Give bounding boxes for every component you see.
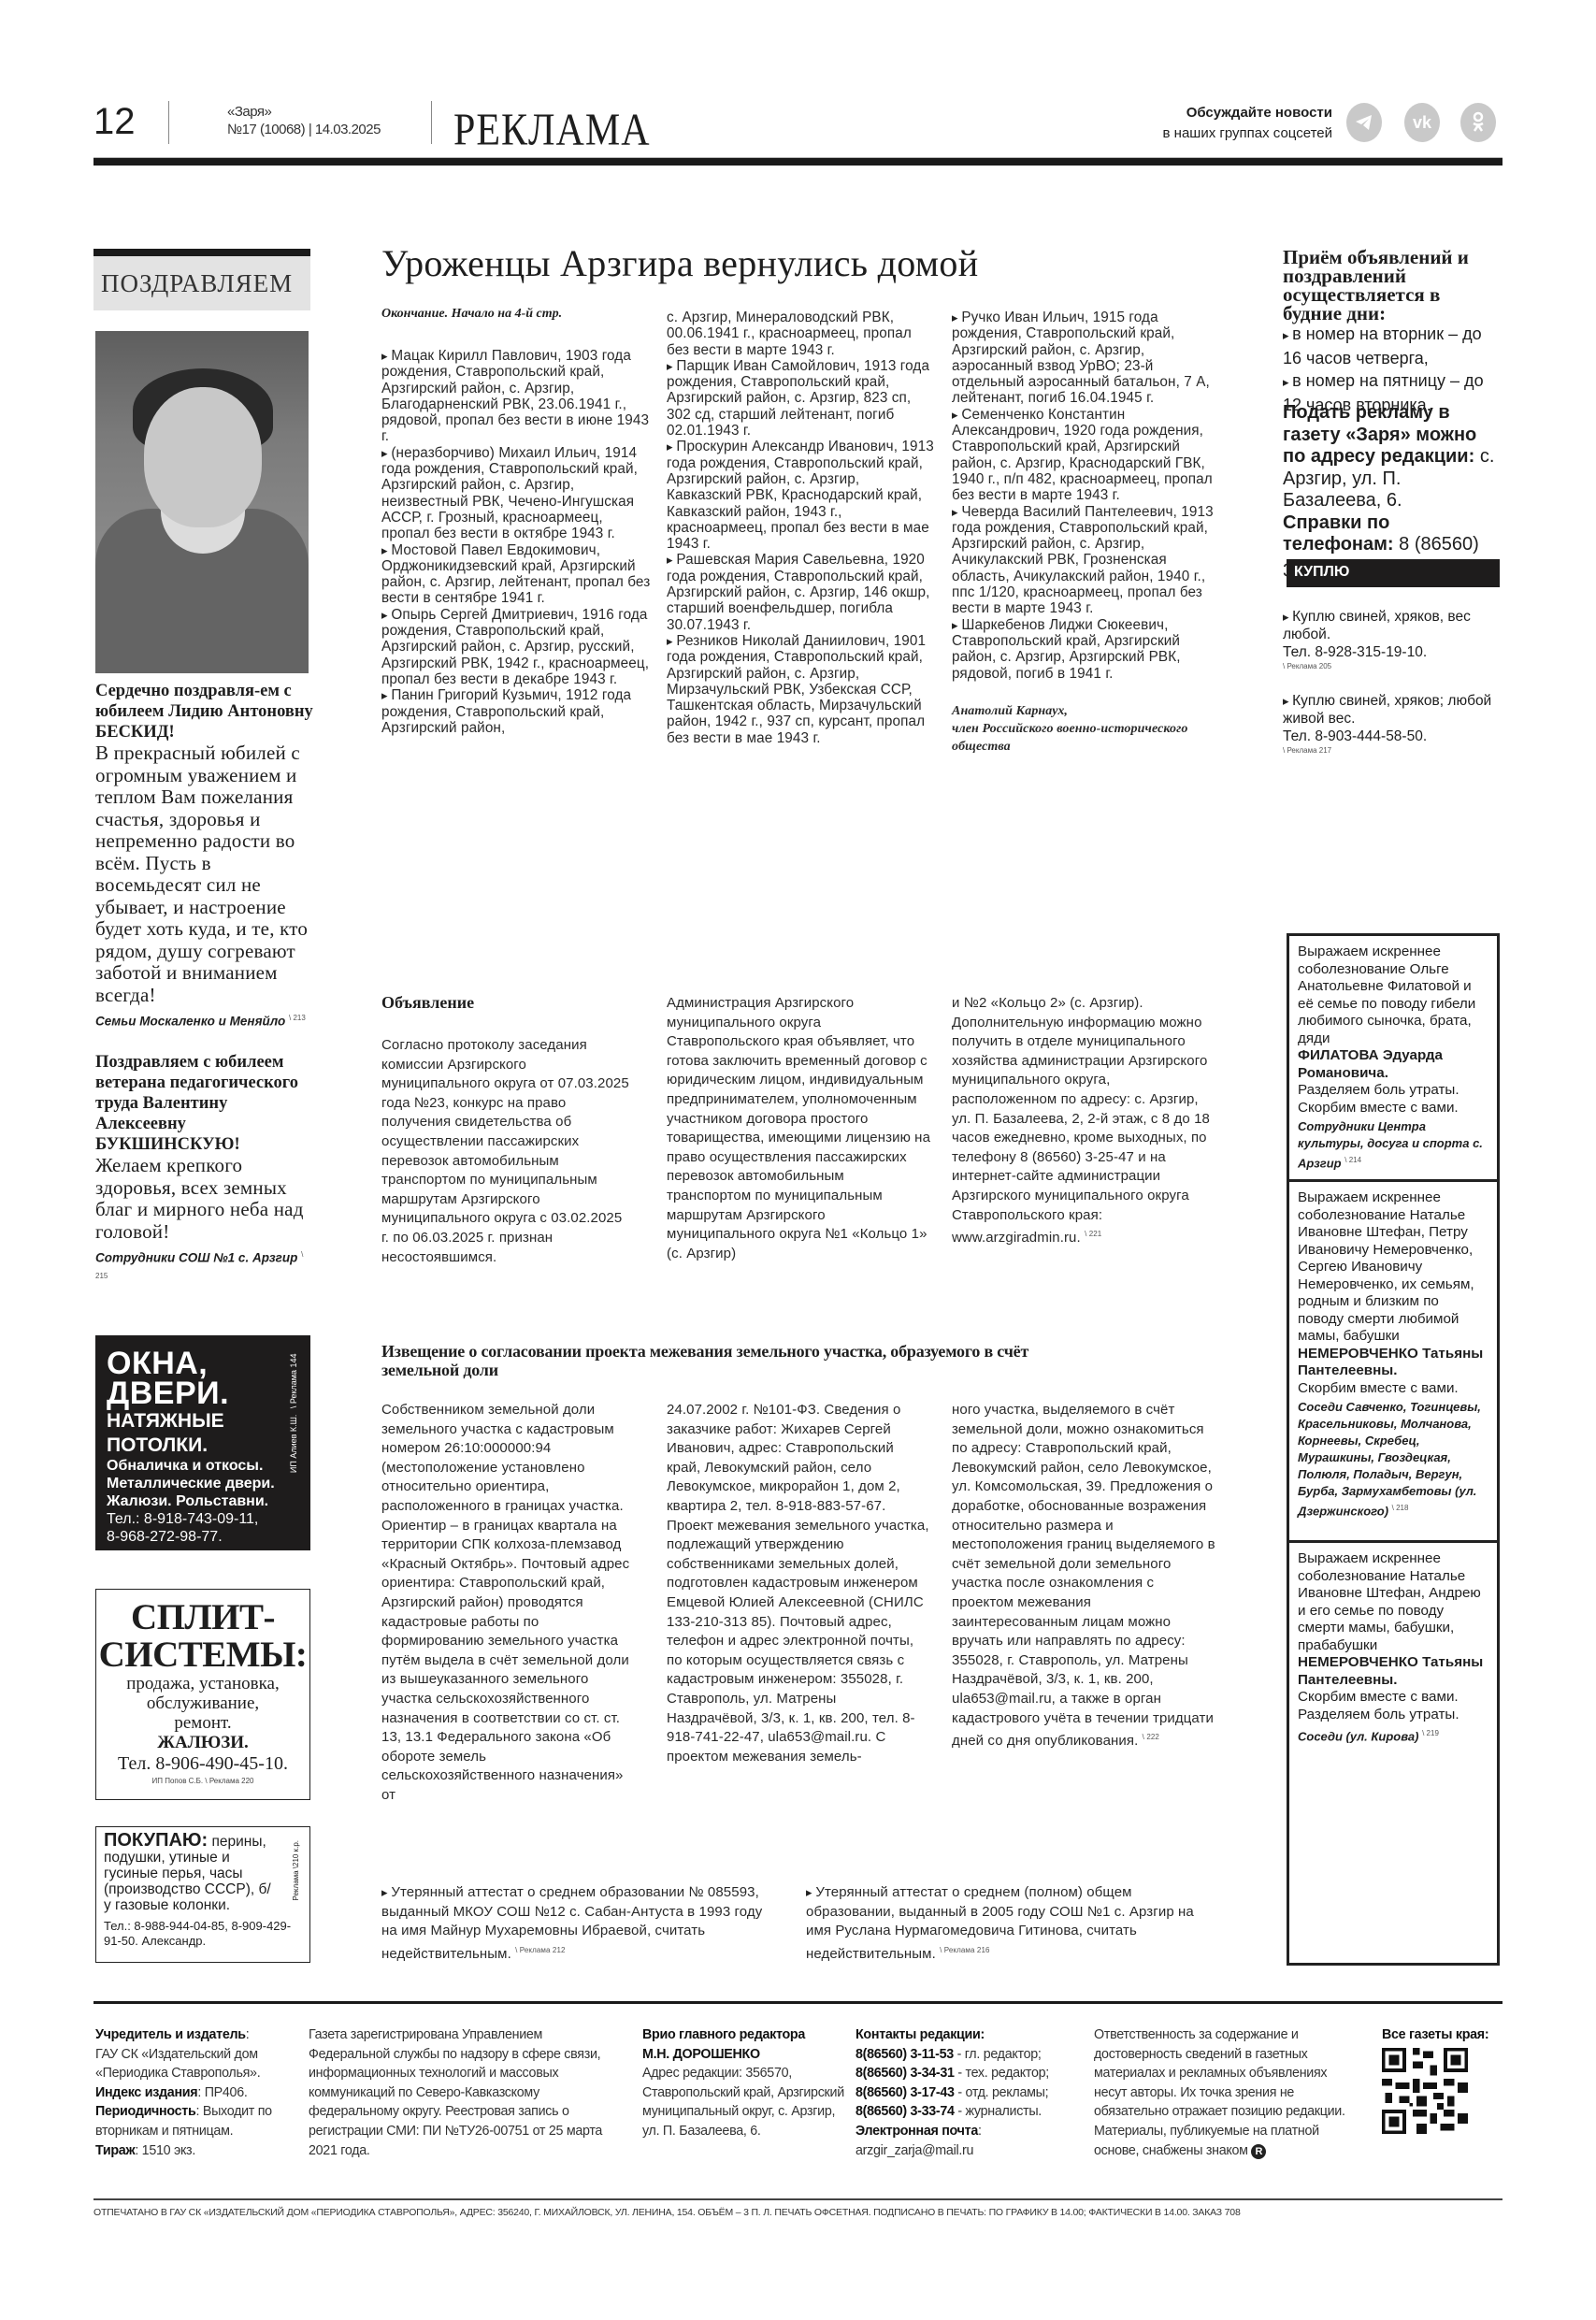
list-item: Ручко Иван Ильич, 1915 года рождения, Ст… <box>952 310 1223 407</box>
odnoklassniki-icon[interactable] <box>1460 103 1496 142</box>
condolence-nemerovchenko-1: Выражаем искреннее соболезнование Наталь… <box>1287 1179 1500 1543</box>
greeting-signature: Сотрудники СОШ №1 с. Арзгир \ 215 <box>95 1246 316 1288</box>
greeting-beskid: Сердечно поздравля-ем с юбилеем Лидию Ан… <box>95 681 316 1030</box>
list-item-continued: с. Арзгир, Минераловодский РВК, 00.06.19… <box>667 310 938 358</box>
footer-registration: Газета зарегистрирована Управлением Феде… <box>309 2025 622 2160</box>
page-number: 12 <box>93 101 136 143</box>
intake-info: Приём объявлений и поздравлений осуществ… <box>1283 248 1500 416</box>
social-promo: Обсуждайте новости в наших группах соцсе… <box>1163 103 1332 144</box>
land-notice-column-3: ного участка, выделяемого в счёт земельн… <box>952 1401 1218 1751</box>
list-item: Мостовой Павел Евдокимович, Орджоникидзе… <box>381 542 651 607</box>
ad-submission-info: Подать рекламу в газету «Заря» можно по … <box>1283 402 1500 583</box>
ad-phone: 8-968-272-98-77. <box>107 1528 301 1546</box>
header-divider <box>168 101 169 144</box>
ad-phone: Тел. 8-906-490-45-10. <box>96 1752 309 1775</box>
ad-buying-feathers: ПОКУПАЮ: перины, подушки, утиные и гусин… <box>95 1826 310 1963</box>
social-title: Обсуждайте новости <box>1186 105 1332 121</box>
land-notice-column-2: 24.07.2002 г. №101-ФЗ. Сведения о заказч… <box>667 1401 930 1766</box>
lost-certificate-1: Утерянный аттестат о среднем образовании… <box>381 1883 765 1964</box>
issue-info: «Заря» №17 (10068) | 14.03.2025 <box>227 103 381 138</box>
buy-ad-2: Куплю свиней, хряков; любой живой вес. Т… <box>1283 692 1500 756</box>
announcement-column-1: Согласно протоколу заседания комиссии Ар… <box>381 1036 632 1267</box>
article-author: Анатолий Карнаух, член Российского военн… <box>952 702 1223 756</box>
ad-windows-doors: ОКНА, ДВЕРИ. НАТЯЖНЫЕ ПОТОЛКИ. Обналичка… <box>95 1335 310 1550</box>
condolence-filatov: Выражаем искреннее соболезнование Ольге … <box>1287 933 1500 1182</box>
qr-code-icon[interactable] <box>1382 2048 1468 2134</box>
greeting-heading: Сердечно поздравля-ем с юбилеем Лидию Ан… <box>95 681 316 742</box>
list-item: Семенченко Константин Александрович, 192… <box>952 407 1223 504</box>
social-subtitle: в наших группах соцсетей <box>1163 123 1332 144</box>
rubric-congratulations: ПОЗДРАВЛЯЕМ <box>93 249 310 310</box>
issue-number-date: №17 (10068) | 14.03.2025 <box>227 121 381 138</box>
announcement-column-3: и №2 «Кольцо 2» (с. Арзгир). Дополнитель… <box>952 994 1218 1248</box>
greeting-body: Желаем крепкого здоровья, всех земных бл… <box>95 1155 316 1243</box>
section-title: РЕКЛАМА <box>453 105 651 156</box>
footer-email[interactable]: arzgir_zarja@mail.ru <box>856 2141 1099 2161</box>
list-item: (неразборчиво) Михаил Ильич, 1914 года р… <box>381 445 651 542</box>
list-item: Опырь Сергей Дмитриевич, 1916 года рожде… <box>381 607 651 687</box>
list-item: Резников Николай Даниилович, 1901 года р… <box>667 633 938 746</box>
greeting-bukshinskaya: Поздравляем с юбилеем ветерана педагогич… <box>95 1052 316 1288</box>
ad-split-systems: СПЛИТ- СИСТЕМЫ: продажа, установка, обсл… <box>95 1589 310 1800</box>
list-item: Чеверда Василий Пантелеевич, 1913 года р… <box>952 504 1223 617</box>
telegram-icon[interactable] <box>1346 103 1382 142</box>
ad-phone: Тел.: 8-918-743-09-11, <box>107 1510 301 1528</box>
header-rule <box>93 157 1503 166</box>
condolence-nemerovchenko-2: Выражаем искреннее соболезнование Наталь… <box>1287 1540 1500 1966</box>
footer-rule <box>93 2001 1503 2004</box>
intake-item: в номер на вторник – до 16 часов четверг… <box>1283 323 1500 369</box>
article-column-1: Мацак Кирилл Павлович, 1903 года рождени… <box>381 348 651 736</box>
intake-heading: Приём объявлений и поздравлений осуществ… <box>1283 248 1500 323</box>
article-title: Уроженцы Арзгира вернулись домой <box>381 241 978 285</box>
greeting-body: В прекрасный юбилей с огромным уважением… <box>95 742 316 1006</box>
announcement-title: Объявление <box>381 994 474 1011</box>
ad-phone: Тел.: 8-988-944-04-85, 8-909-429-91-50. … <box>104 1919 302 1949</box>
greeting-signature: Семьи Москаленко и Меняйло \ 213 <box>95 1009 316 1030</box>
article-lead: Окончание. Начало на 4-й стр. <box>381 307 562 322</box>
land-notice-title: Извещение о согласовании проекта межеван… <box>381 1342 1092 1379</box>
list-item: Шаркебенов Лиджи Сюкеевич, Ставропольски… <box>952 617 1223 682</box>
print-info: ОТПЕЧАТАНО В ГАУ СК «ИЗДАТЕЛЬСКИЙ ДОМ «П… <box>93 2207 1241 2218</box>
footer-publisher: Учредитель и издатель: ГАУ СК «Издательс… <box>95 2025 310 2160</box>
buy-ad-1: Куплю свиней, хряков, вес любой. Тел. 8-… <box>1283 608 1500 671</box>
greeting-heading: Поздравляем с юбилеем ветерана педагогич… <box>95 1052 316 1155</box>
article-column-3: Ручко Иван Ильич, 1915 года рождения, Ст… <box>952 310 1223 756</box>
footer-contacts: Контакты редакции: 8(86560) 3-11-53 - гл… <box>856 2025 1099 2160</box>
list-item: Мацак Кирилл Павлович, 1903 года рождени… <box>381 348 651 445</box>
list-item: Парщик Иван Самойлович, 1913 года рожден… <box>667 358 938 439</box>
footer-editor: Врио главного редактора М.Н. ДОРОШЕНКО А… <box>642 2025 848 2141</box>
vk-icon[interactable]: vk <box>1404 103 1440 142</box>
article-column-2: с. Арзгир, Минераловодский РВК, 00.06.19… <box>667 310 938 746</box>
paid-mark-icon: R <box>1251 2144 1266 2159</box>
land-notice-column-1: Собственником земельной доли земельного … <box>381 1401 640 1805</box>
qr-label: Все газеты края: <box>1382 2025 1503 2045</box>
footer-disclaimer: Ответственность за содержание и достовер… <box>1094 2025 1363 2160</box>
rubric-buy: КУПЛЮ <box>1287 559 1500 587</box>
portrait-photo <box>95 331 309 673</box>
announcement-column-2: Администрация Арзгирского муниципального… <box>667 994 930 1263</box>
list-item: Рашевская Мария Савельевна, 1920 года ро… <box>667 552 938 632</box>
paper-name: «Заря» <box>227 103 381 121</box>
list-item: Панин Григорий Кузьмич, 1912 года рожден… <box>381 687 651 736</box>
list-item: Проскурин Александр Иванович, 1913 года … <box>667 439 938 552</box>
header-divider <box>431 101 432 144</box>
lost-certificate-2: Утерянный аттестат о среднем (полном) об… <box>806 1883 1217 1964</box>
footer-rule <box>93 2198 1503 2200</box>
